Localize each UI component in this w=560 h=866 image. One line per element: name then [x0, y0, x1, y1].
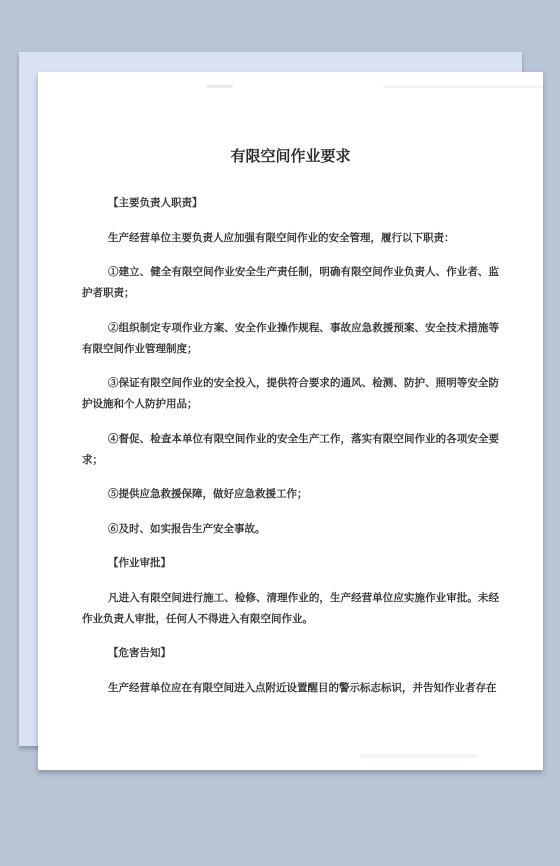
- document-page: 有限空间作业要求 【主要负责人职责】生产经营单位主要负责人应加强有限空间作业的安…: [38, 72, 543, 770]
- document-content: 有限空间作业要求 【主要负责人职责】生产经营单位主要负责人应加强有限空间作业的安…: [82, 72, 499, 712]
- body-paragraph: ④督促、检查本单位有限空间作业的安全生产工作，落实有限空间作业的各项安全要求；: [82, 429, 499, 471]
- body-paragraph: ③保证有限空间作业的安全投入，提供符合要求的通风、检测、防护、照明等安全防护设施…: [82, 373, 499, 415]
- watermark-artifact: [360, 754, 478, 758]
- body-paragraph: 生产经营单位应在有限空间进入点附近设置醒目的警示标志标识，并告知作业者存在: [82, 678, 499, 699]
- body-paragraph: ⑥及时、如实报告生产安全事故。: [82, 519, 499, 540]
- body-paragraph: 凡进入有限空间进行施工、检修、清理作业的，生产经营单位应实施作业审批。未经作业负…: [82, 588, 499, 630]
- document-title: 有限空间作业要求: [82, 146, 499, 168]
- section-heading: 【主要负责人职责】: [82, 193, 499, 214]
- body-paragraph: ⑤提供应急救援保障，做好应急救援工作；: [82, 484, 499, 505]
- body-paragraph: ①建立、健全有限空间作业安全生产责任制，明确有限空间作业负责人、作业者、监护者职…: [82, 262, 499, 304]
- body-paragraph: ②组织制定专项作业方案、安全作业操作规程、事故应急救援预案、安全技术措施等有限空…: [82, 318, 499, 360]
- section-heading: 【作业审批】: [82, 553, 499, 574]
- viewer-background: 有限空间作业要求 【主要负责人职责】生产经营单位主要负责人应加强有限空间作业的安…: [0, 0, 560, 866]
- body-paragraph: 生产经营单位主要负责人应加强有限空间作业的安全管理，履行以下职责：: [82, 228, 499, 249]
- document-body: 【主要负责人职责】生产经营单位主要负责人应加强有限空间作业的安全管理，履行以下职…: [82, 193, 499, 699]
- section-heading: 【危害告知】: [82, 643, 499, 664]
